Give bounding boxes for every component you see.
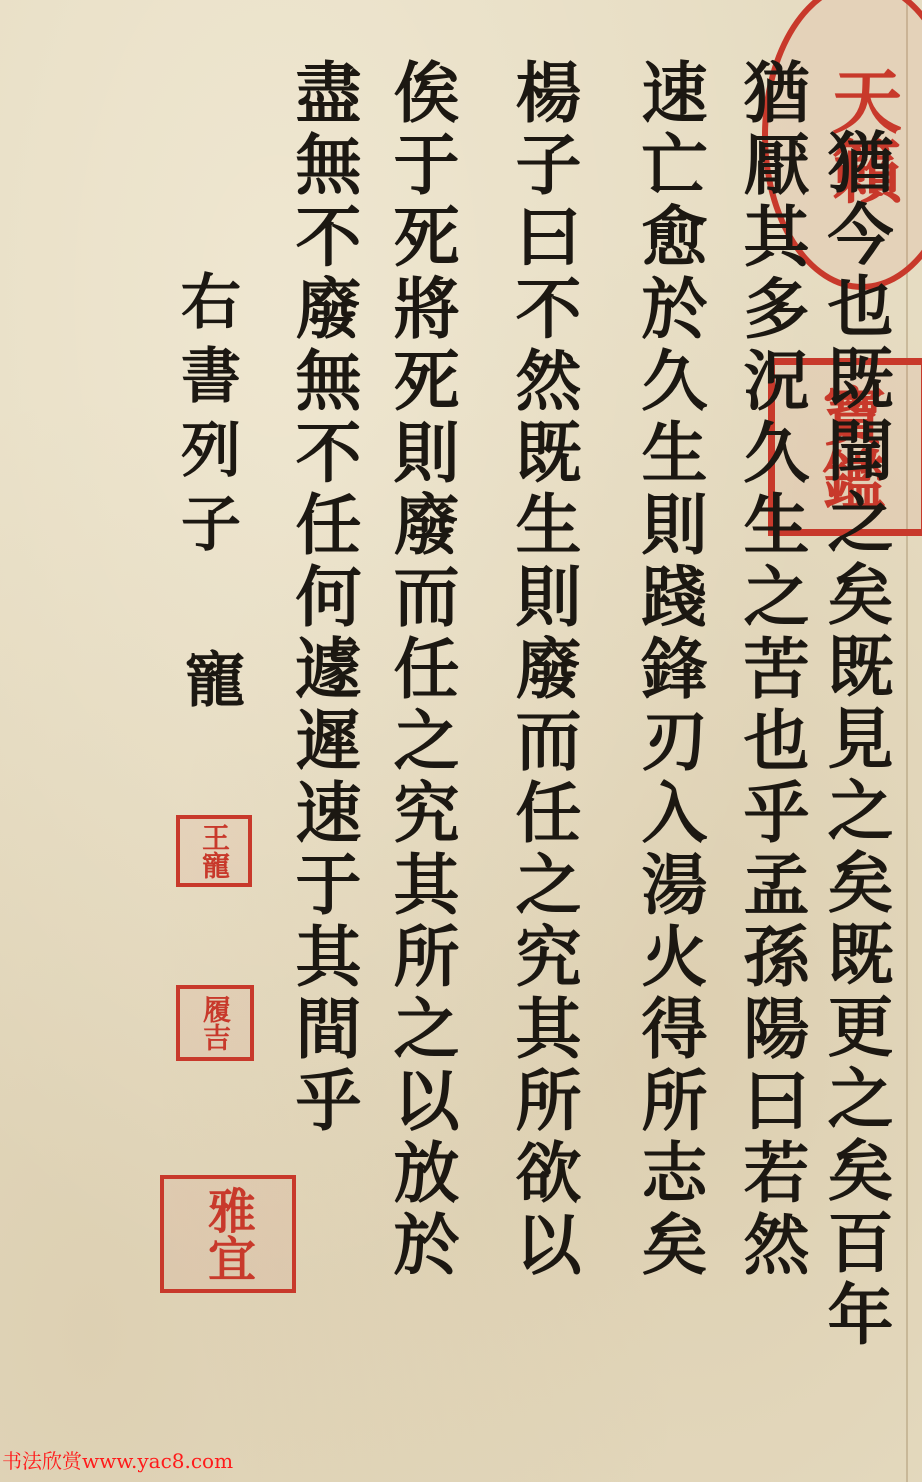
colophon-text: 右書列子 <box>176 270 236 566</box>
calligraphy-column-1: 猶今也既聞之矣既見之矣既更之矣百年 <box>822 128 888 1352</box>
calligraphy-column-6: 盡無不廢無不任何遽遲速于其間乎 <box>290 58 356 1138</box>
artist-seal-3: 雅宜 <box>160 1175 296 1293</box>
artist-seal-1: 王寵 <box>176 815 252 887</box>
calligraphy-column-4: 楊子曰不然既生則廢而任之究其所欲以 <box>510 58 576 1282</box>
artist-seal-2: 履吉 <box>176 985 254 1061</box>
signature: 寵 <box>180 648 240 714</box>
calligraphy-column-3: 速亡愈於久生則踐鋒刃入湯火得所志矣 <box>636 58 702 1282</box>
calligraphy-column-5: 俟于死將死則廢而任之究其所之以放於 <box>388 58 454 1282</box>
watermark: 书法欣赏www.yac8.com <box>2 1445 233 1474</box>
calligraphy-column-2: 猶厭其多況久生之苦也乎孟孫陽曰若然 <box>738 58 804 1282</box>
